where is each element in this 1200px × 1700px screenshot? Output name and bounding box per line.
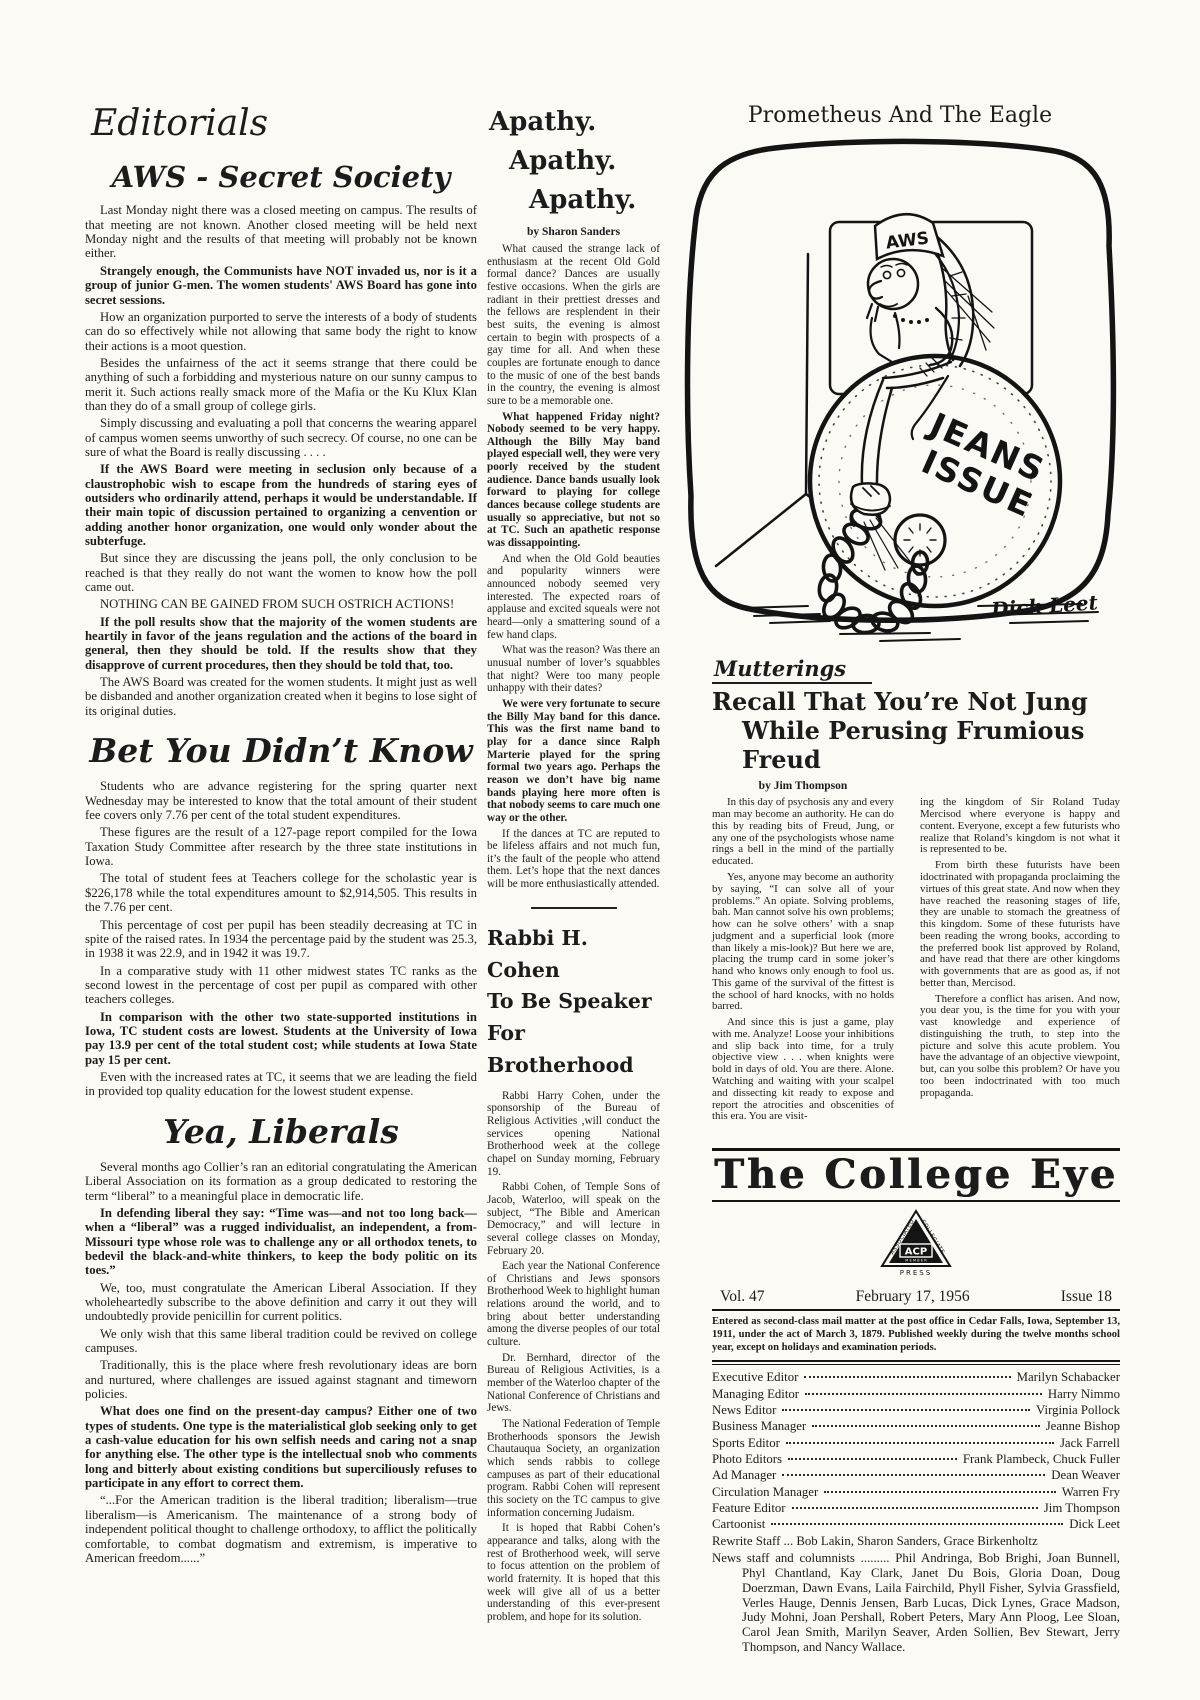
staff-row: Ad ManagerDean Weaver [712,1468,1120,1483]
rewrite-staff-line: Rewrite Staff ... Bob Lakin, Sharon Sand… [712,1534,1120,1549]
dot-leader [805,1393,1042,1395]
apathy-paragraph: What happened Friday night? Nobody seeme… [487,411,660,550]
staff-role: Cartoonist [712,1517,765,1532]
bet-paragraph: Students who are advance registering for… [85,779,477,822]
mutterings-byline: by Jim Thompson [712,780,894,792]
apathy-paragraph: What caused the strange lack of enthusia… [487,243,660,408]
aws-paragraph: NOTHING CAN BE GAINED FROM SUCH OSTRICH … [85,597,477,611]
masthead-rule [712,1309,1120,1311]
bet-paragraph: The total of student fees at Teachers co… [85,871,477,914]
staff-name: Dean Weaver [1051,1468,1120,1483]
staff-name: Jack Farrell [1060,1436,1120,1451]
aws-paragraph: But since they are discussing the jeans … [85,551,477,594]
section-divider [531,907,617,909]
rabbi-title-line: Rabbi H. Cohen [487,923,660,987]
cartoon-title: Prometheus And The Eagle [680,103,1120,128]
aws-paragraph: Strangely enough, the Communists have NO… [85,264,477,307]
aws-paragraph: How an organization purported to serve t… [85,310,477,353]
bet-paragraph: These figures are the result of a 127-pa… [85,825,477,868]
aws-paragraph: If the AWS Board were meeting in seclusi… [85,462,477,548]
rabbi-paragraph: Each year the National Conference of Chr… [487,1260,660,1349]
staff-name: Warren Fry [1062,1485,1120,1500]
acp-logo-press-text: PRESS [900,1269,932,1277]
issue-number: Issue 18 [1061,1288,1112,1306]
postal-notice: Entered as second-class mail matter at t… [712,1315,1120,1355]
staff-name: Jim Thompson [1044,1501,1120,1516]
newspaper-name: The College Eye [712,1153,1120,1197]
mutterings-paragraph: Therefore a conflict has arisen. And now… [920,994,1120,1100]
editorials-column: Editorials AWS - Secret Society Last Mon… [85,104,477,1568]
rabbi-title-line: For Brotherhood [487,1018,660,1082]
mutterings-headline-line1: Recall That You’re Not Jung [712,688,1120,717]
bet-paragraph: In comparison with the other two state-s… [85,1010,477,1067]
acp-logo-wrap: ACP M E M B E R PRESS ASSOCIATED COLLEGI… [712,1208,1120,1285]
mutterings-headline-line2: While Perusing Frumious Freud [712,717,1120,775]
staff-name: Virginia Pollock [1036,1403,1120,1418]
mutterings-paragraph: And since this is just a game, play with… [712,1017,894,1123]
apathy-paragraph: And when the Old Gold beauties and popul… [487,553,660,642]
bet-article-title: Bet You Didn’t Know [85,732,477,769]
yea-paragraph: Several months ago Collier’s ran an edit… [85,1160,477,1203]
staff-role: Managing Editor [712,1387,799,1402]
staff-role: News Editor [712,1403,776,1418]
acp-logo-acp-text: ACP [905,1247,927,1258]
staff-role: Feature Editor [712,1501,786,1516]
dot-leader [782,1474,1045,1476]
yea-paragraph: What does one find on the present-day ca… [85,1404,477,1490]
dot-leader [771,1523,1063,1525]
yea-article-title: Yea, Liberals [85,1113,477,1150]
volume-number: Vol. 47 [720,1288,765,1306]
cartoon-drawing-icon: AWS JEANS ISSUE Dick Leet [680,136,1120,648]
aws-paragraph: Last Monday night there was a closed mee… [85,203,477,260]
staff-role: Circulation Manager [712,1485,818,1500]
aws-paragraph: The AWS Board was created for the women … [85,675,477,718]
editorial-cartoon: Prometheus And The Eagle [680,103,1120,653]
mutterings-left-column: In this day of psychosis any and every m… [712,797,894,1127]
staff-row: Executive EditorMarilyn Schabacker [712,1370,1120,1385]
staff-row: Managing EditorHarry Nimmo [712,1387,1120,1402]
aws-article-title: AWS - Secret Society [85,161,477,194]
mutterings-section: Mutterings Recall That You’re Not Jung W… [712,656,1120,1127]
yea-paragraph: In defending liberal they say: “Time was… [85,1206,477,1278]
staff-row: CartoonistDick Leet [712,1517,1120,1532]
staff-name: Dick Leet [1069,1517,1120,1532]
newspaper-editorial-page: Editorials AWS - Secret Society Last Mon… [0,0,1200,1700]
staff-row: Photo EditorsFrank Plambeck, Chuck Fulle… [712,1452,1120,1467]
staff-name: Harry Nimmo [1048,1387,1120,1402]
dot-leader [782,1409,1030,1411]
yea-paragraph: Traditionally, this is the place where f… [85,1358,477,1401]
mutterings-right-column: ing the kingdom of Sir Roland Tuday Merc… [920,797,1120,1127]
mutterings-paragraph: Yes, anyone may become an authority by s… [712,872,894,1013]
issue-date: February 17, 1956 [856,1288,970,1306]
apathy-paragraph: We were very fortunate to secure the Bil… [487,698,660,825]
volume-row: Vol. 47 February 17, 1956 Issue 18 [712,1287,1120,1309]
staff-row: News EditorVirginia Pollock [712,1403,1120,1418]
staff-name: Marilyn Schabacker [1017,1370,1120,1385]
yea-paragraph: “...For the American tradition is the li… [85,1493,477,1565]
dot-leader [812,1425,1040,1427]
staff-name: Frank Plambeck, Chuck Fuller [963,1452,1120,1467]
rabbi-paragraph: Rabbi Harry Cohen, under the sponsorship… [487,1090,660,1179]
staff-role: Executive Editor [712,1370,798,1385]
masthead-rule [712,1364,1120,1366]
bet-paragraph: In a comparative study with 11 other mid… [85,964,477,1007]
mutterings-paragraph: From birth these futurists have been ido… [920,860,1120,989]
masthead-rule [712,1200,1120,1202]
staff-row: Sports EditorJack Farrell [712,1436,1120,1451]
apathy-paragraph: What was the reason? Was there an unusua… [487,644,660,695]
rabbi-paragraph: Rabbi Cohen, of Temple Sons of Jacob, Wa… [487,1181,660,1257]
mutterings-body: In this day of psychosis any and every m… [712,797,1120,1127]
aws-paragraph: Simply discussing and evaluating a poll … [85,416,477,459]
dot-leader [788,1458,957,1460]
staff-name: Jeanne Bishop [1046,1419,1120,1434]
apathy-title-line: Apathy. [487,142,660,181]
staff-row: Circulation ManagerWarren Fry [712,1485,1120,1500]
staff-role: Ad Manager [712,1468,776,1483]
apathy-title-line: Apathy. [487,103,660,142]
apathy-title-line: Apathy. [487,181,660,220]
apathy-byline: by Sharon Sanders [487,226,660,239]
news-staff-line: News staff and columnists ......... Phil… [712,1551,1120,1655]
dot-leader [824,1491,1055,1493]
yea-paragraph: We only wish that this same liberal trad… [85,1327,477,1356]
dot-leader [786,1442,1054,1444]
mutterings-paragraph: ing the kingdom of Sir Roland Tuday Merc… [920,797,1120,856]
cartoonist-signature: Dick Leet [989,590,1099,622]
apathy-paragraph: If the dances at TC are reputed to be li… [487,828,660,891]
bet-paragraph: Even with the increased rates at TC, it … [85,1070,477,1099]
acp-logo-member-text: M E M B E R [905,1259,927,1263]
rabbi-paragraph: It is hoped that Rabbi Cohen’s appearanc… [487,1522,660,1623]
mutterings-section-label: Mutterings [712,656,872,684]
rabbi-article-title: Rabbi H. Cohen To Be Speaker For Brother… [487,923,660,1082]
staff-role: Business Manager [712,1419,806,1434]
bet-paragraph: This percentage of cost per pupil has be… [85,918,477,961]
dot-leader [804,1376,1010,1378]
staff-row: Business ManagerJeanne Bishop [712,1419,1120,1434]
acp-press-logo-icon: ACP M E M B E R PRESS ASSOCIATED COLLEGI… [877,1208,955,1280]
aws-paragraph: Besides the unfairness of the act it see… [85,356,477,413]
staff-list: Executive EditorMarilyn Schabacker Manag… [712,1370,1120,1655]
staff-role: Photo Editors [712,1452,782,1467]
rabbi-title-line: To Be Speaker [487,986,660,1018]
dot-leader [792,1507,1038,1509]
rabbi-paragraph: The National Federation of Temple Brothe… [487,1418,660,1519]
rabbi-paragraph: Dr. Bernhard, director of the Bureau of … [487,1352,660,1415]
aws-paragraph: If the poll results show that the majori… [85,615,477,672]
mutterings-paragraph: In this day of psychosis any and every m… [712,797,894,868]
middle-column: Apathy. Apathy. Apathy. by Sharon Sander… [487,103,660,1627]
masthead: The College Eye ACP M E M B E R PRESS AS… [712,1148,1120,1658]
editorials-section-label: Editorials [91,104,477,145]
staff-row: Feature EditorJim Thompson [712,1501,1120,1516]
staff-role: Sports Editor [712,1436,780,1451]
yea-paragraph: We, too, must congratulate the American … [85,1281,477,1324]
